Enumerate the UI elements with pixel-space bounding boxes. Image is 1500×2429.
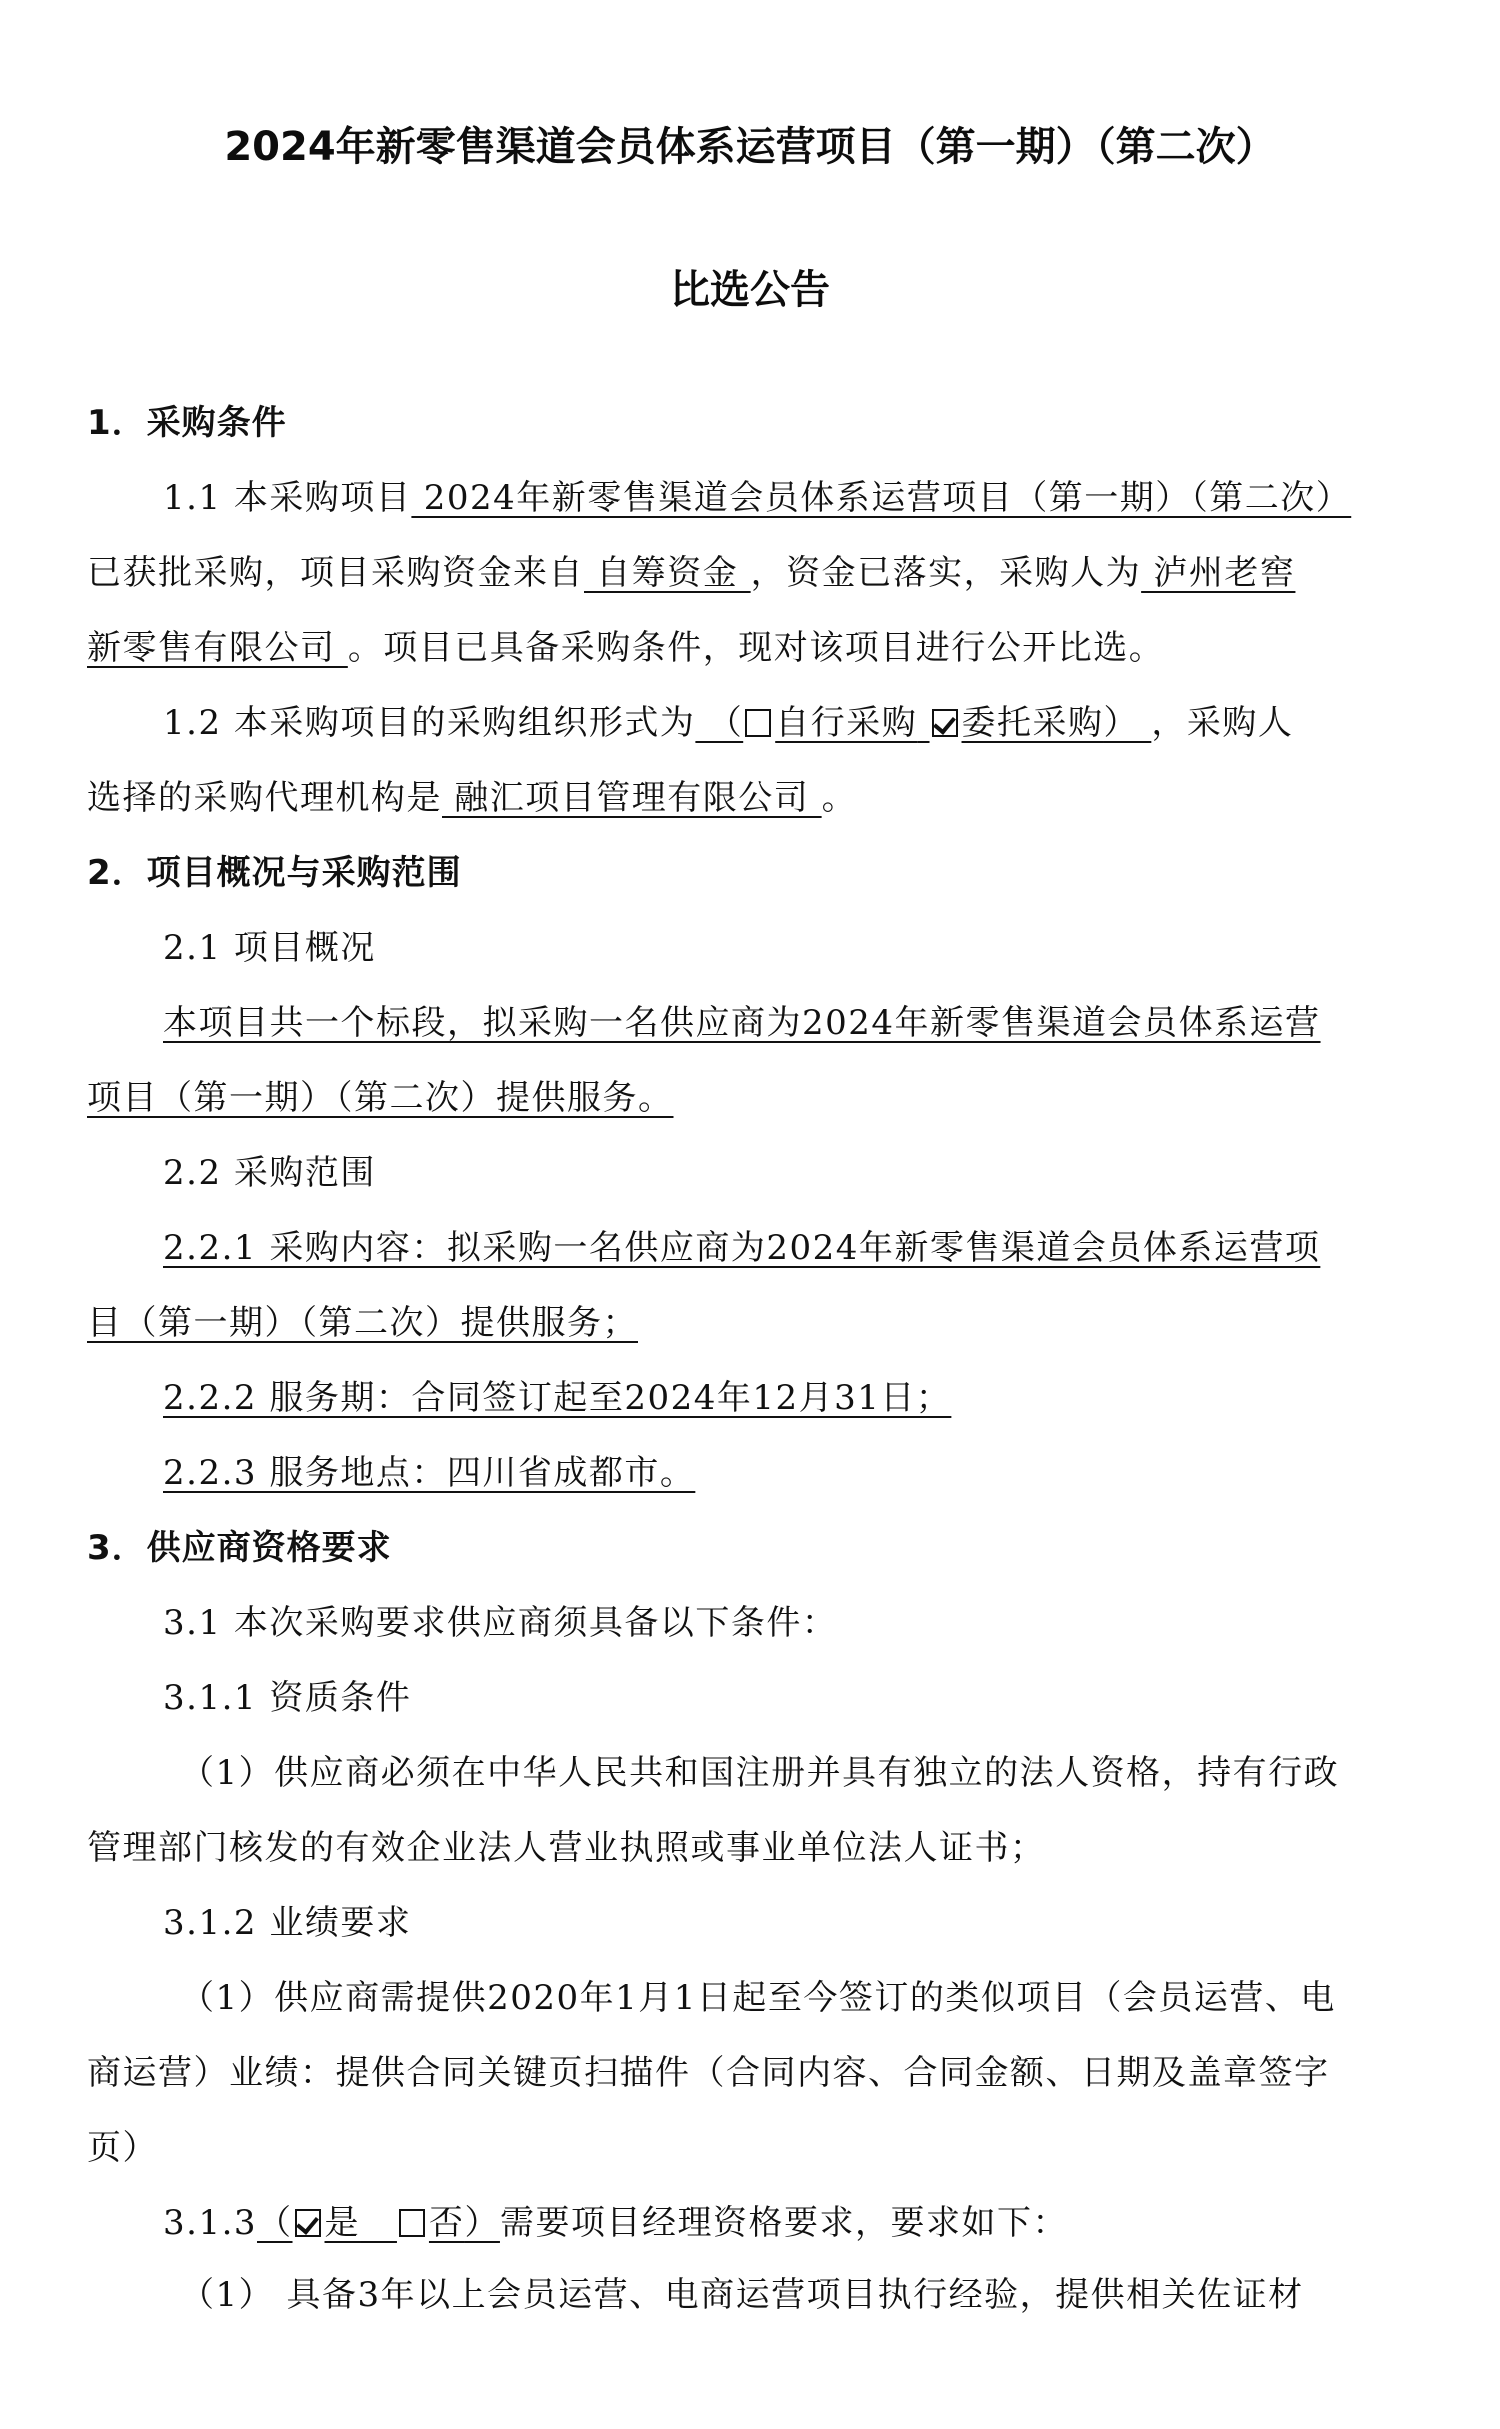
paragraph-1-1-line3: 新零售有限公司 。项目已具备采购条件，现对该项目进行公开比选。 [87,618,1415,678]
paragraph-1-2-prefix: 1.2 本采购项目的采购组织形式为 [163,703,695,743]
scope-item-2-2-1-line2: 目（第一期）（第二次）提供服务； [87,1293,1415,1353]
paragraph-1-1-prefix: 1.1 本采购项目 [163,478,411,518]
text: ） [1104,703,1152,743]
pm-requirement-field: （是 否） [257,2203,500,2243]
performance-item1-line1: （1）供应商需提供2020年1月1日起至今签订的类似项目（会员运营、电 [180,1968,1415,2028]
option-entrusted-procurement: 委托采购 [962,703,1104,743]
paragraph-1-1-line1: 1.1 本采购项目 2024年新零售渠道会员体系运营项目（第一期）（第二次） [163,468,1415,528]
purchaser-field-cont: 新零售有限公司 [87,628,348,668]
text: ） [464,2203,500,2243]
option-self-procurement: 自行采购 [775,703,917,743]
procurement-form-field: （自行采购 委托采购） [695,703,1151,743]
service-period-text: 2.2.2 服务期：合同签订起至2024年12月31日； [163,1378,951,1418]
project-overview-text: 项目（第一期）（第二次）提供服务。 [87,1078,674,1118]
requirement-3-1: 3.1 本次采购要求供应商须具备以下条件： [163,1593,1415,1653]
section-heading-3: 3．供应商资格要求 [87,1518,1415,1578]
checkbox-no-icon [399,2209,425,2237]
project-overview-text: 本项目共一个标段，拟采购一名供应商为2024年新零售渠道会员体系运营 [163,1003,1321,1043]
service-location-text: 2.2.3 服务地点：四川省成都市。 [163,1453,695,1493]
text: ，采购人 [1151,703,1293,743]
subsection-heading-2-1: 2.1 项目概况 [163,918,1415,978]
scope-item-2-2-2: 2.2.2 服务期：合同签订起至2024年12月31日； [163,1368,1415,1428]
project-name-field: 2024年新零售渠道会员体系运营项目（第一期）（第二次） [411,478,1351,518]
text: ，资金已落实，采购人为 [751,553,1142,593]
text: 选择的采购代理机构是 [87,778,442,818]
checkbox-entrusted-procurement-checked-icon [932,709,958,737]
requirement-3-1-3-prefix: 3.1.3 [163,2203,257,2243]
scope-item-2-2-1-line1: 2.2.1 采购内容：拟采购一名供应商为2024年新零售渠道会员体系运营项 [163,1218,1415,1278]
text: （ [695,703,743,743]
pm-requirement-item1: （1） 具备3年以上会员运营、电商运营项目执行经验，提供相关佐证材 [180,2265,1415,2325]
project-overview-line2: 项目（第一期）（第二次）提供服务。 [87,1068,1415,1128]
performance-item1-line2: 商运营）业绩：提供合同关键页扫描件（合同内容、合同金额、日期及盖章签字 [87,2043,1415,2103]
subsection-heading-3-1-2: 3.1.2 业绩要求 [163,1893,1415,1953]
paragraph-1-2-line1: 1.2 本采购项目的采购组织形式为 （自行采购 委托采购） ，采购人 [163,693,1415,753]
agency-field: 融汇项目管理有限公司 [442,778,822,818]
scope-text: 目（第一期）（第二次）提供服务； [87,1303,638,1343]
qualification-item1-line1: （1）供应商必须在中华人民共和国注册并具有独立的法人资格，持有行政 [180,1743,1415,1803]
checkbox-self-procurement-icon [745,709,771,737]
performance-item1-line3: 页） [87,2118,1415,2178]
section-heading-1: 1．采购条件 [87,393,1415,453]
document-page: 2024年新零售渠道会员体系运营项目（第一期）（第二次） 比选公告 1．采购条件… [0,0,1500,2429]
option-yes: 是 [325,2203,361,2243]
project-overview-line1: 本项目共一个标段，拟采购一名供应商为2024年新零售渠道会员体系运营 [163,993,1415,1053]
text: 。 [822,778,858,818]
subsection-heading-2-2: 2.2 采购范围 [163,1143,1415,1203]
section-heading-2: 2．项目概况与采购范围 [87,843,1415,903]
purchaser-field: 泸州老窖 [1141,553,1295,593]
text: 已获批采购，项目采购资金来自 [87,553,584,593]
checkbox-yes-checked-icon [295,2209,321,2237]
text: （ [257,2203,293,2243]
fund-source-field: 自筹资金 [584,553,751,593]
requirement-3-1-3: 3.1.3（是 否）需要项目经理资格要求，要求如下： [163,2193,1415,2253]
text: 。项目已具备采购条件，现对该项目进行公开比选。 [348,628,1165,668]
paragraph-1-1-line2: 已获批采购，项目采购资金来自 自筹资金 ，资金已落实，采购人为 泸州老窖 [87,543,1415,603]
scope-text: 2.2.1 采购内容：拟采购一名供应商为2024年新零售渠道会员体系运营项 [163,1228,1320,1268]
qualification-item1-line2: 管理部门核发的有效企业法人营业执照或事业单位法人证书； [87,1818,1415,1878]
scope-item-2-2-3: 2.2.3 服务地点：四川省成都市。 [163,1443,1415,1503]
requirement-3-1-3-text: 需要项目经理资格要求，要求如下： [500,2203,1068,2243]
document-subtitle: 比选公告 [0,265,1500,315]
option-no: 否 [429,2203,465,2243]
subsection-heading-3-1-1: 3.1.1 资质条件 [163,1668,1415,1728]
paragraph-1-2-line2: 选择的采购代理机构是 融汇项目管理有限公司 。 [87,768,1415,828]
document-title: 2024年新零售渠道会员体系运营项目（第一期）（第二次） [0,122,1500,172]
